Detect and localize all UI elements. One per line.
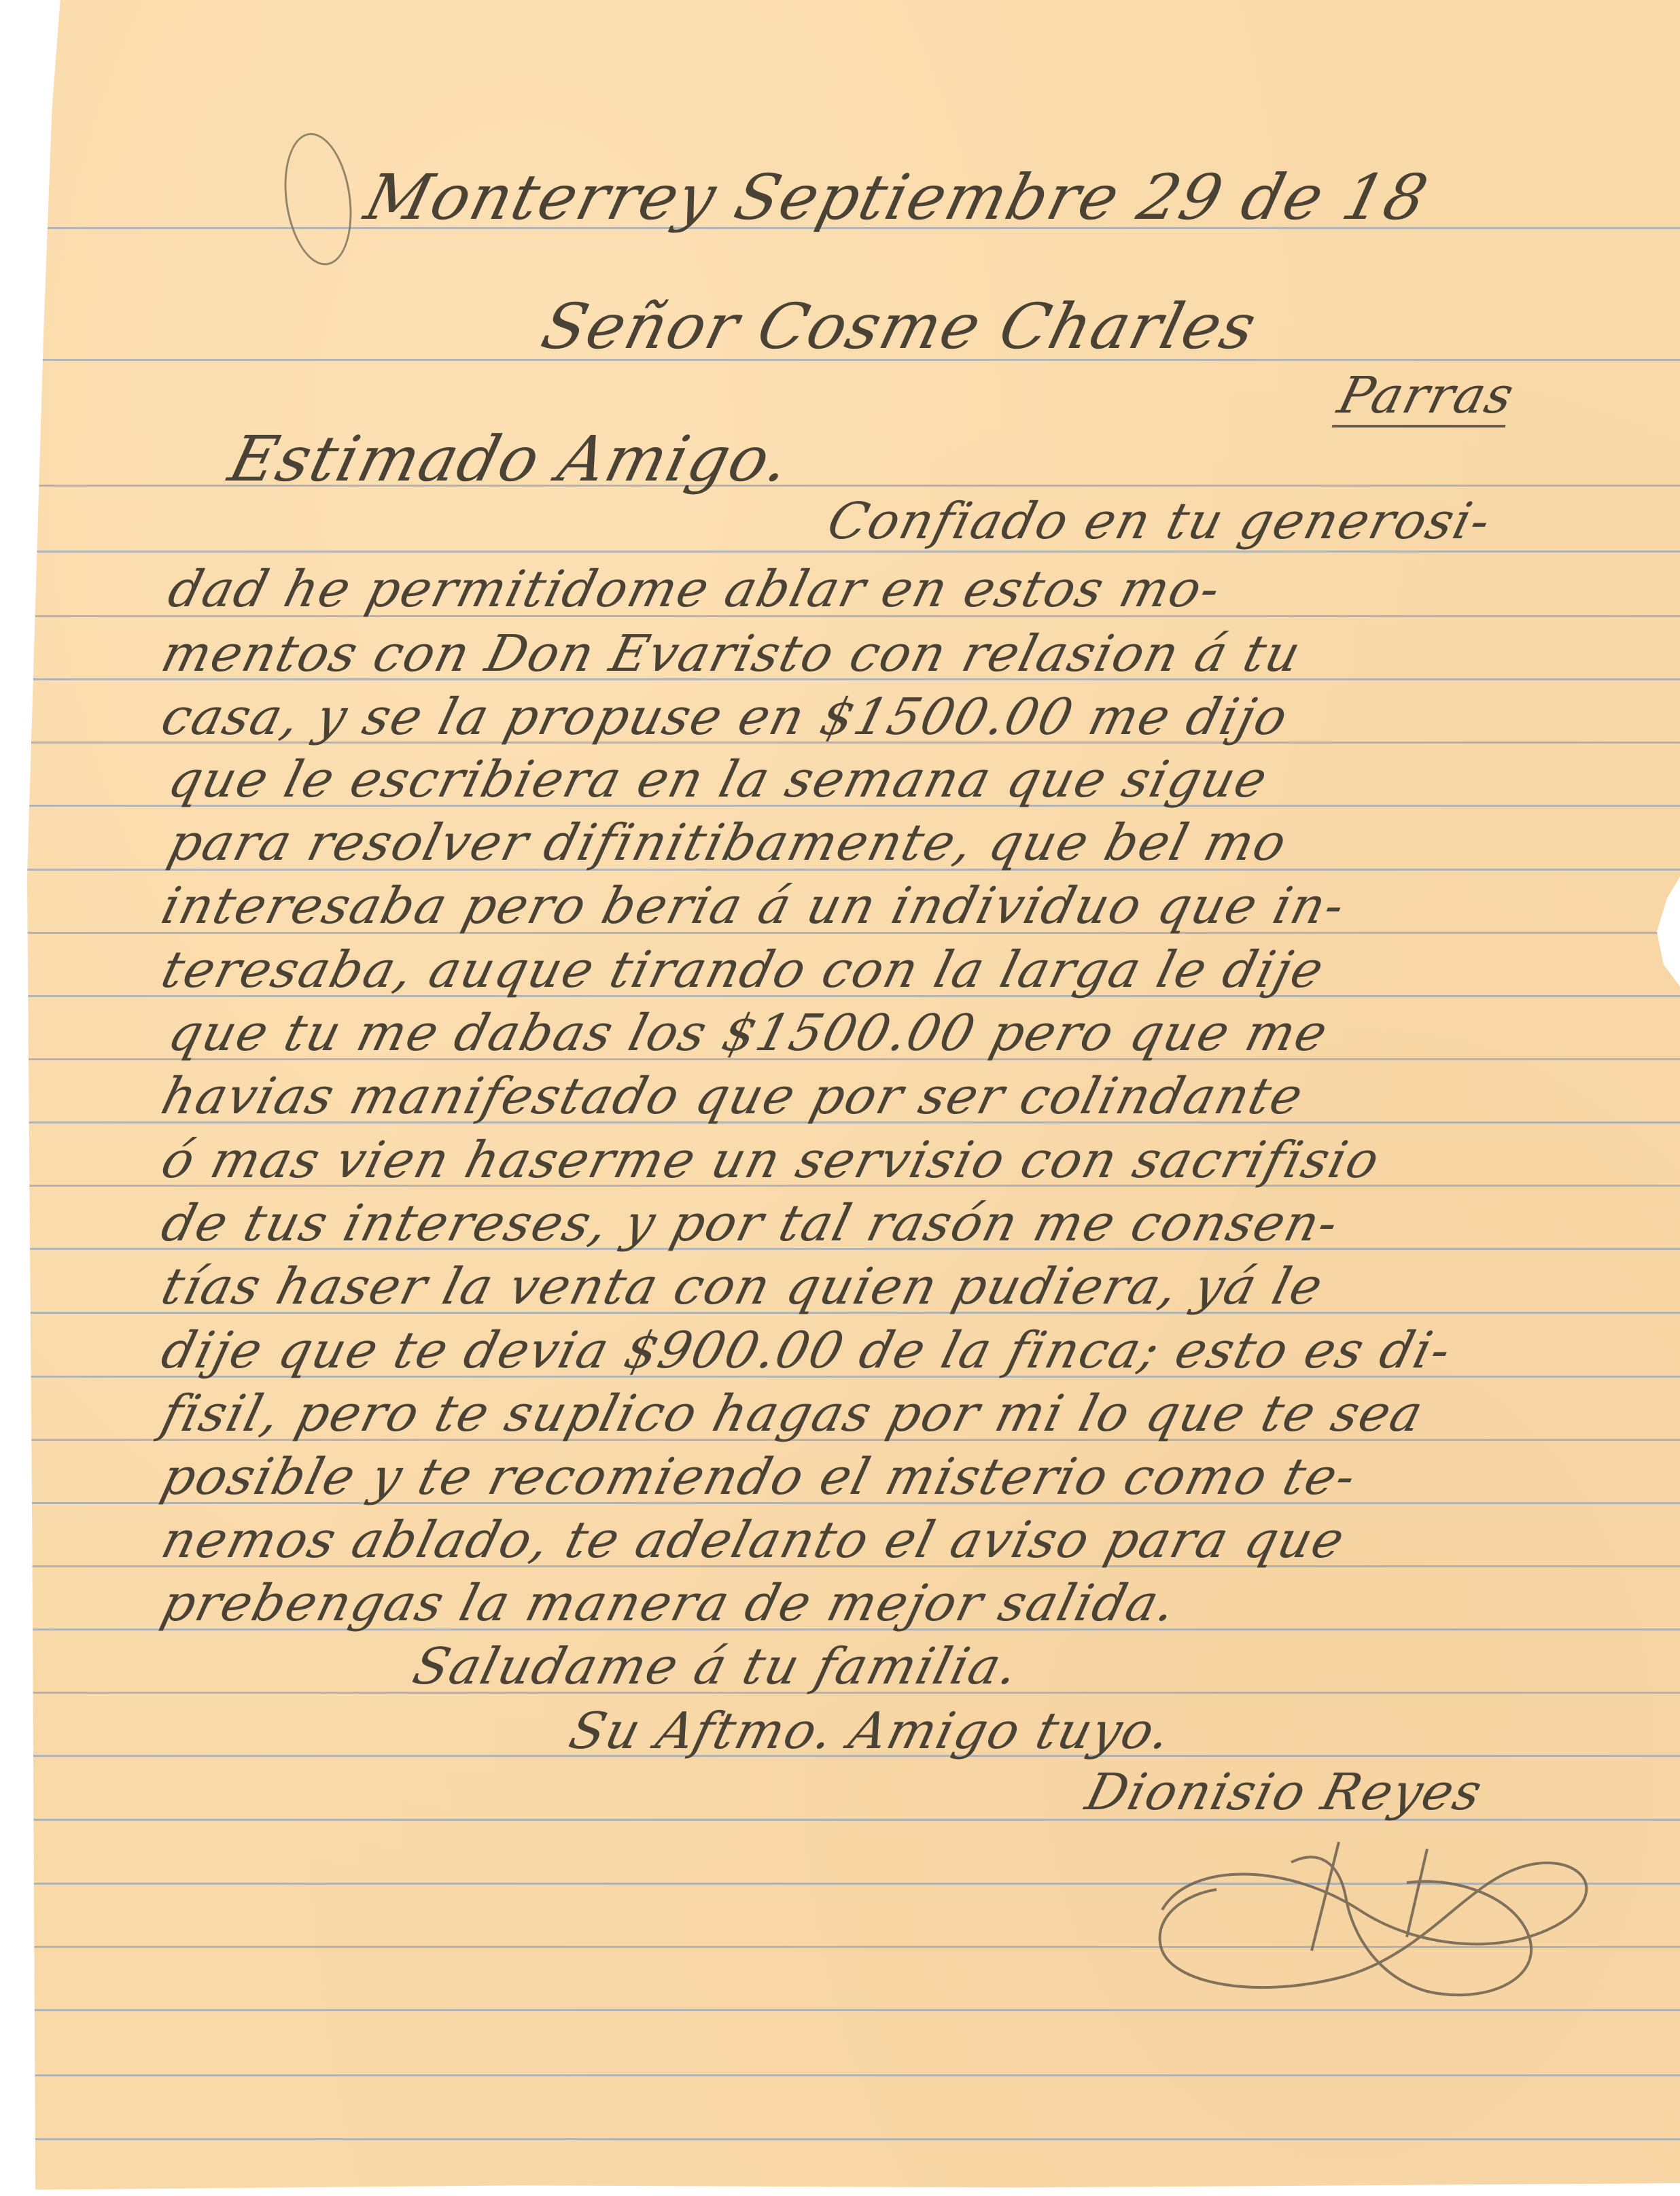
body-line: teresaba, auque tirando con la larga le … xyxy=(157,945,1329,995)
body-line: interesaba pero beria á un individuo que… xyxy=(157,881,1350,931)
body-line: dije que te devia $900.00 de la finca; e… xyxy=(157,1325,1457,1376)
place-date: Monterrey Septiembre 29 de 18 xyxy=(360,167,1435,229)
body-line: nemos ablado, te adelanto el aviso para … xyxy=(157,1515,1350,1565)
recipient-name: Señor Cosme Charles xyxy=(536,296,1263,358)
signature-rubric-icon xyxy=(1135,1822,1611,2012)
ruled-line xyxy=(27,2138,1680,2140)
signature: Dionisio Reyes xyxy=(1081,1767,1488,1817)
salutation: Estimado Amigo. xyxy=(224,428,797,491)
body-line: Confiado en tu generosi- xyxy=(823,496,1497,546)
valediction: Su Aftmo. Amigo tuyo. xyxy=(565,1706,1177,1756)
body-line: para resolver difinitibamente, que bel m… xyxy=(164,818,1293,868)
closing-greeting: Saludame á tu familia. xyxy=(408,1641,1024,1692)
ruled-line xyxy=(27,551,1680,553)
opening-flourish xyxy=(277,128,360,269)
body-line: dad he permitidome ablar en estos mo- xyxy=(164,564,1226,614)
body-line: havias manifestado que por ser colindant… xyxy=(157,1071,1309,1121)
body-line: fisil, pero te suplico hagas por mi lo q… xyxy=(157,1389,1429,1439)
body-line: prebengas la manera de mejor salida. xyxy=(157,1578,1182,1628)
letter-paper: Monterrey Septiembre 29 de 18 Señor Cosm… xyxy=(27,0,1680,2192)
body-line: de tus intereses, y por tal rasón me con… xyxy=(157,1198,1344,1249)
body-line: que tu me dabas los $1500.00 pero que me xyxy=(164,1008,1333,1058)
body-line: posible y te recomiendo el misterio como… xyxy=(157,1452,1362,1502)
body-line: que le escribiera en la semana que sigue xyxy=(164,754,1273,805)
body-line: mentos con Don Evaristo con relasion á t… xyxy=(157,629,1306,679)
body-line: tías haser la venta con quien pudiera, y… xyxy=(157,1261,1329,1312)
recipient-location: Parras xyxy=(1332,370,1520,428)
body-line: casa, y se la propuse en $1500.00 me dij… xyxy=(157,692,1293,742)
ruled-line xyxy=(27,2074,1680,2076)
body-line: ó mas vien haserme un servisio con sacri… xyxy=(157,1135,1385,1185)
